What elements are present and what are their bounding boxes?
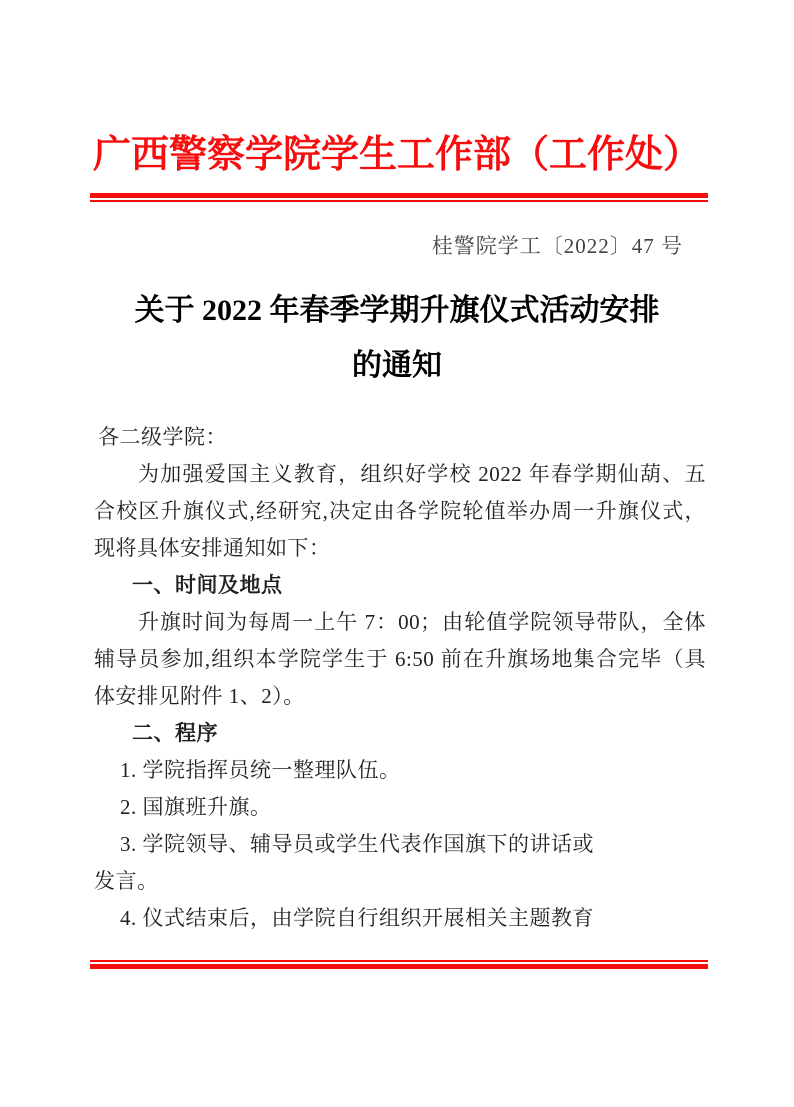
- document-title-line1: 关于 2022 年春季学期升旗仪式活动安排: [135, 294, 660, 327]
- body-line: 2. 国旗班升旗。: [94, 789, 706, 826]
- body-line: 1. 学院指挥员统一整理队伍。: [94, 752, 706, 789]
- body-line: 发言。: [94, 863, 706, 900]
- body-line: 现将具体安排通知如下：: [94, 530, 706, 567]
- body-line: 辅导员参加,组织本学院学生于 6:50 前在升旗场地集合完毕（具: [94, 641, 706, 678]
- document-title-line2: 的通知: [352, 349, 442, 382]
- body-line: 各二级学院：: [94, 419, 706, 456]
- body-line: 合校区升旗仪式,经研究,决定由各学院轮值举办周一升旗仪式，: [94, 493, 706, 530]
- footer-divider: [90, 960, 708, 969]
- body-line: 一、时间及地点: [94, 567, 706, 604]
- body-line: 3. 学院领导、辅导员或学生代表作国旗下的讲话或: [94, 826, 706, 863]
- document-body: 各二级学院：为加强爱国主义教育，组织好学校 2022 年春学期仙葫、五合校区升旗…: [94, 419, 706, 937]
- body-line: 4. 仪式结束后，由学院自行组织开展相关主题教育: [94, 900, 706, 937]
- body-line: 为加强爱国主义教育，组织好学校 2022 年春学期仙葫、五: [94, 456, 706, 493]
- body-line: 体安排见附件 1、2）。: [94, 678, 706, 715]
- divider-thick-bar: [90, 964, 708, 969]
- document-title: 关于 2022 年春季学期升旗仪式活动安排的通知: [0, 283, 794, 393]
- letterhead-org-name: 广西警察学院学生工作部（工作处）: [0, 128, 794, 182]
- divider-thin-bar: [90, 200, 708, 202]
- letterhead-divider: [90, 193, 708, 202]
- body-line: 升旗时间为每周一上午 7：00；由轮值学院领导带队，全体: [94, 604, 706, 641]
- document-page: 广西警察学院学生工作部（工作处） 桂警院学工〔2022〕47 号 关于 2022…: [0, 0, 794, 1107]
- document-number: 桂警院学工〔2022〕47 号: [90, 231, 683, 261]
- body-line: 二、程序: [94, 715, 706, 752]
